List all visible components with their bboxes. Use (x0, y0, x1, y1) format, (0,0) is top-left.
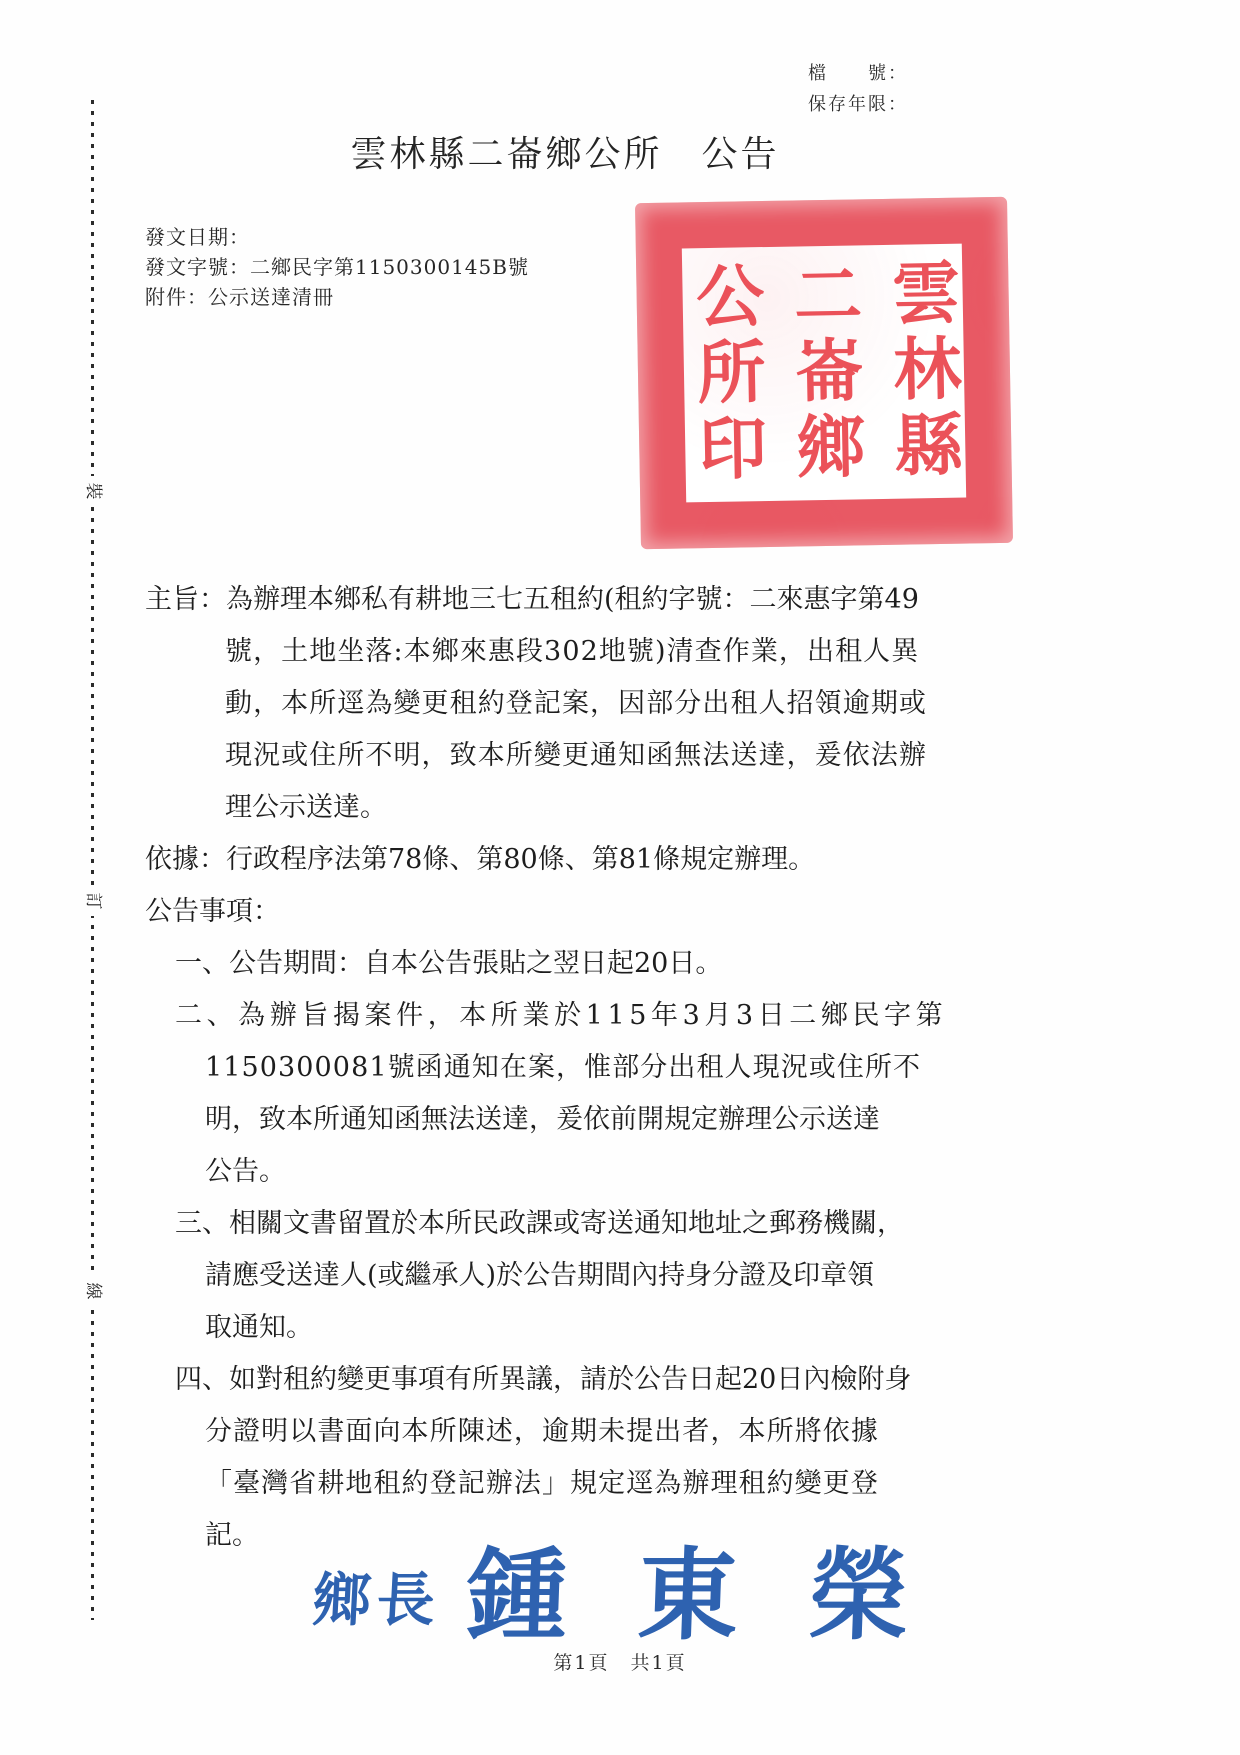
document-title: 雲林縣二崙鄉公所 公告 (0, 126, 1130, 177)
item-2-line: 明，致本所通知函無法送達，爰依前開規定辦理公示送達 (205, 1094, 1125, 1146)
basis-line: 依據：行政程序法第78條、第80條、第81條規定辦理。 (145, 834, 1125, 886)
seal-column-left: 公所印 (690, 260, 762, 489)
item-3-line: 取通知。 (205, 1302, 1125, 1354)
item-2-line: 二、為辦旨揭案件，本所業於115年3月3日二鄉民字第 (175, 990, 1125, 1042)
item-2-line: 1150300081號函通知在案，惟部分出租人現況或住所不 (205, 1042, 1125, 1094)
binding-mark-xian: 線 (80, 1276, 106, 1306)
document-meta: 發文日期： 發文字號：二鄉民字第1150300145B號 附件：公示送達清冊 (145, 222, 529, 312)
subject-line: 現況或住所不明，致本所變更通知函無法送達，爰依法辦 (225, 730, 1125, 782)
item-1-line: 一、公告期間：自本公告張貼之翌日起20日。 (175, 938, 1125, 990)
archive-header: 檔 號： 保存年限： (808, 58, 908, 120)
official-seal: 公所印 二崙鄉 雲林縣 (635, 197, 1013, 549)
page-number-footer: 第1頁 共1頁 (0, 1648, 1240, 1675)
signature-block: 鄉長 鍾 東 榮 (0, 1545, 1240, 1645)
item-2-line: 公告。 (205, 1146, 1125, 1198)
attachment-line: 附件：公示送達清冊 (145, 282, 529, 312)
matters-heading-line: 公告事項： (145, 886, 1125, 938)
binding-mark-zhuang: 裝 (80, 476, 106, 506)
subject-line: 理公示送達。 (225, 782, 1125, 834)
announcement-body: 主旨：為辦理本鄉私有耕地三七五租約(租約字號：二來惠字第49 號，土地坐落:本鄉… (145, 574, 1125, 1562)
doc-number-line: 發文字號：二鄉民字第1150300145B號 (145, 252, 529, 282)
file-number-label: 檔 號： (808, 58, 908, 89)
announcement-page: 裝 訂 線 檔 號： 保存年限： 雲林縣二崙鄉公所 公告 發文日期： 發文字號：… (0, 0, 1240, 1755)
subject-line: 號，土地坐落:本鄉來惠段302地號)清查作業，出租人異 (225, 626, 1125, 678)
item-4-line: 分證明以書面向本所陳述，逾期未提出者，本所將依據 (205, 1406, 1125, 1458)
item-3-line: 三、相關文書留置於本所民政課或寄送通知地址之郵務機關， (175, 1198, 1125, 1250)
binding-mark-ding: 訂 (80, 886, 106, 916)
mayor-name-stamp: 鍾 東 榮 (465, 1545, 928, 1645)
binding-dotted-line (91, 100, 94, 1620)
item-4-line: 四、如對租約變更事項有所異議，請於公告日起20日內檢附身 (175, 1354, 1125, 1406)
mayor-title: 鄉長 (311, 1553, 443, 1637)
item-3-line: 請應受送達人(或繼承人)於公告期間內持身分證及印章領 (205, 1250, 1125, 1302)
seal-column-middle: 二崙鄉 (788, 258, 860, 487)
retention-period-label: 保存年限： (808, 89, 908, 120)
subject-line: 主旨：為辦理本鄉私有耕地三七五租約(租約字號：二來惠字第49 (145, 574, 1125, 626)
seal-column-right: 雲林縣 (886, 257, 958, 486)
item-4-line: 「臺灣省耕地租約登記辦法」規定逕為辦理租約變更登 (205, 1458, 1125, 1510)
subject-line: 動，本所逕為變更租約登記案，因部分出租人招領逾期或 (225, 678, 1125, 730)
issue-date-line: 發文日期： (145, 222, 529, 252)
